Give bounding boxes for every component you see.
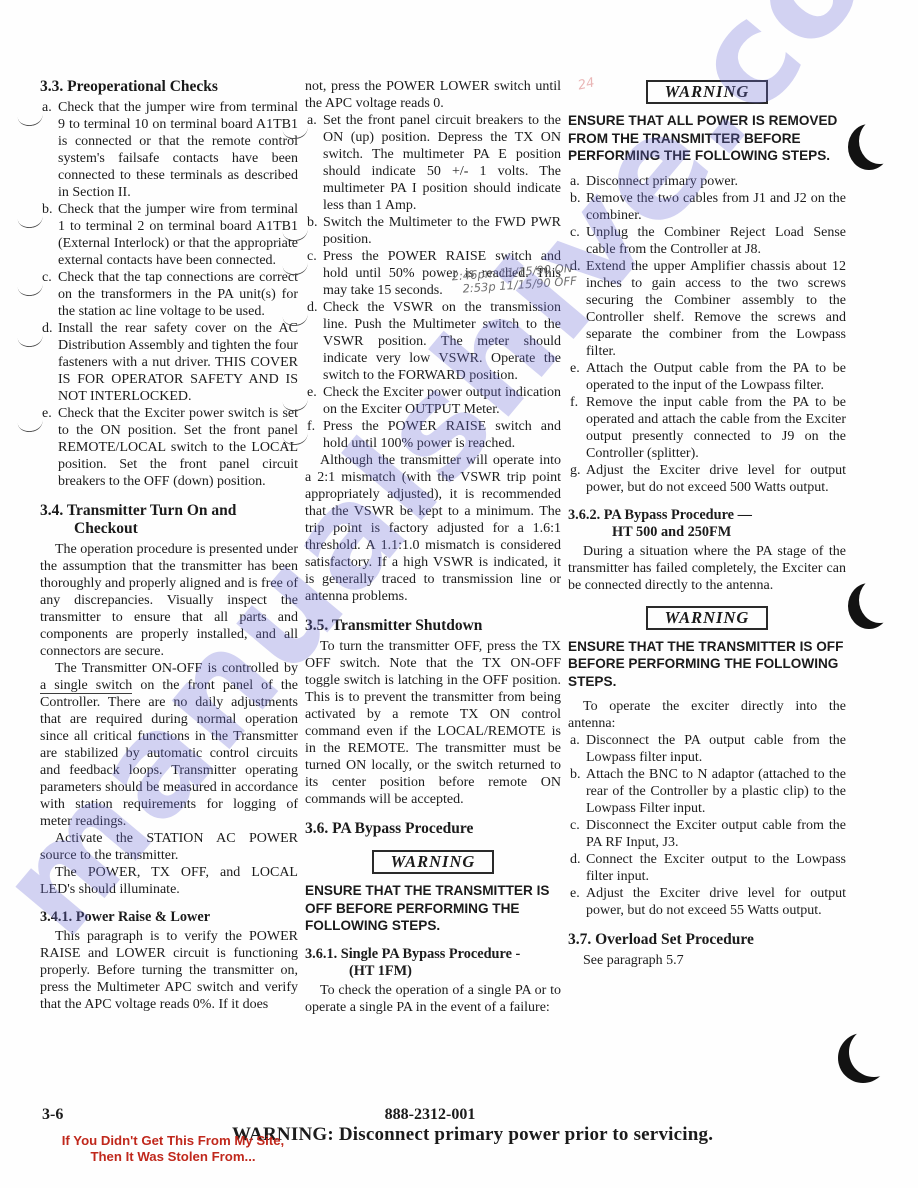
- list-item-text: Disconnect primary power.: [586, 174, 738, 189]
- column-1: 3.3. Preoperational Checks a. Check that…: [40, 78, 298, 1016]
- list-item: c. Unplug the Combiner Reject Load Sense…: [568, 224, 846, 258]
- paragraph: During a situation where the PA stage of…: [568, 543, 846, 594]
- section-heading-3-7: 3.7. Overload Set Procedure: [568, 931, 846, 949]
- list-item-label: e.: [42, 405, 52, 422]
- list-item-label: c.: [42, 269, 52, 286]
- list-item-text: Check that the jumper wire from terminal…: [58, 202, 298, 268]
- page-number: 3-6: [42, 1106, 63, 1123]
- list-item-label: b.: [570, 190, 581, 207]
- list-item: g. Adjust the Exciter drive level for ou…: [568, 462, 846, 496]
- heading-line: HT 500 and 250FM: [568, 524, 846, 541]
- scan-artifact-crescent: [848, 124, 890, 170]
- list-item-label: a.: [570, 732, 580, 749]
- heading-line: Checkout: [40, 520, 298, 538]
- list-item-label: b.: [570, 766, 581, 783]
- footer-warning: WARNING: Disconnect primary power prior …: [232, 1126, 713, 1143]
- paragraph-continuation: not, press the POWER LOWER switch until …: [305, 78, 561, 112]
- list-item: e. Check that the Exciter power switch i…: [40, 405, 298, 490]
- paragraph: Although the transmitter will operate in…: [305, 452, 561, 605]
- section-heading-3-6-1: 3.6.1. Single PA Bypass Procedure - (HT …: [305, 946, 561, 980]
- list-item-label: g.: [570, 462, 581, 479]
- paragraph: The Transmitter ON-OFF is controlled by …: [40, 660, 298, 830]
- list-item-text: Check the Exciter power output indicatio…: [323, 385, 561, 417]
- warning-box-wrap: WARNING: [568, 606, 846, 630]
- warning-text: ENSURE THAT THE TRANSMITTER IS OFF BEFOR…: [568, 638, 846, 691]
- warning-box: WARNING: [372, 850, 495, 874]
- list-item: c. Check that the tap connections are co…: [40, 269, 298, 320]
- heading-line: 3.6.2. PA Bypass Procedure —: [568, 507, 752, 523]
- column-3: WARNING ENSURE THAT ALL POWER IS REMOVED…: [568, 78, 846, 1016]
- list-item: a. Set the front panel circuit breakers …: [305, 112, 561, 214]
- paragraph: The POWER, TX OFF, and LOCAL LED's shoul…: [40, 864, 298, 898]
- section-heading-3-4: 3.4. Transmitter Turn On and Checkout: [40, 502, 298, 538]
- list-item-label: c.: [307, 248, 317, 265]
- paragraph: This paragraph is to verify the POWER RA…: [40, 928, 298, 1013]
- list-item-label: a.: [42, 99, 52, 116]
- paragraph-text: The Transmitter ON-OFF is controlled by: [55, 661, 298, 676]
- list-item: a. Check that the jumper wire from termi…: [40, 99, 298, 201]
- list-item: a. Disconnect the PA output cable from t…: [568, 732, 846, 766]
- warning-box-wrap: WARNING: [305, 850, 561, 874]
- list-item-text: Adjust the Exciter drive level for outpu…: [586, 463, 846, 495]
- list-item-text: Set the front panel circuit breakers to …: [323, 113, 561, 213]
- list-item-text: Check that the Exciter power switch is s…: [58, 406, 298, 489]
- list-item-label: d.: [42, 320, 53, 337]
- scan-artifact-crescent: [848, 583, 890, 629]
- list-item-text: Remove the two cables from J1 and J2 on …: [586, 191, 846, 223]
- list-item-text: Connect the Exciter output to the Lowpas…: [586, 852, 846, 884]
- stolen-line: If You Didn't Get This From My Site,: [62, 1133, 284, 1148]
- list-item-text: Check that the tap connections are corre…: [58, 270, 298, 319]
- list-item-text: Disconnect the Exciter output cable from…: [586, 818, 846, 850]
- list-item-text: Check the VSWR on the transmission line.…: [323, 300, 561, 383]
- list-item-label: a.: [570, 173, 580, 190]
- section-heading-3-6-2: 3.6.2. PA Bypass Procedure — HT 500 and …: [568, 507, 846, 541]
- heading-line: (HT 1FM): [305, 963, 561, 980]
- paragraph: To operate the exciter directly into the…: [568, 698, 846, 732]
- list-item-label: c.: [570, 817, 580, 834]
- section-heading-3-3: 3.3. Preoperational Checks: [40, 78, 298, 96]
- paragraph: Activate the STATION AC POWER source to …: [40, 830, 298, 864]
- column-2: not, press the POWER LOWER switch until …: [305, 78, 561, 1016]
- section-heading-3-4-1: 3.4.1. Power Raise & Lower: [40, 909, 298, 926]
- list-item: d. Extend the upper Amplifier chassis ab…: [568, 258, 846, 360]
- warning-text: ENSURE THAT THE TRANSMITTER IS OFF BEFOR…: [305, 882, 561, 935]
- list-item-text: Check that the jumper wire from terminal…: [58, 100, 298, 200]
- warning-box-wrap: WARNING: [568, 80, 846, 104]
- list-item-text: Attach the Output cable from the PA to b…: [586, 361, 846, 393]
- section-heading-3-5: 3.5. Transmitter Shutdown: [305, 617, 561, 635]
- list-item-text: Install the rear safety cover on the AC …: [58, 321, 298, 404]
- list-item-label: e.: [570, 885, 580, 902]
- list-item-label: b.: [42, 201, 53, 218]
- list-item: b. Switch the Multimeter to the FWD PWR …: [305, 214, 561, 248]
- list-item: c. Disconnect the Exciter output cable f…: [568, 817, 846, 851]
- paragraph-text: on the front panel of the Controller. Th…: [40, 678, 298, 829]
- list-item-text: Adjust the Exciter drive level for outpu…: [586, 886, 846, 918]
- document-number: 888-2312-001: [385, 1106, 476, 1123]
- warning-box: WARNING: [646, 80, 769, 104]
- document-page: manualshive.com 3.3. Preoperational Chec…: [0, 0, 918, 1188]
- list-item-label: e.: [307, 384, 317, 401]
- list-item: f. Press the POWER RAISE switch and hold…: [305, 418, 561, 452]
- list-item: e. Adjust the Exciter drive level for ou…: [568, 885, 846, 919]
- list-item: e. Check the Exciter power output indica…: [305, 384, 561, 418]
- list-item-text: Unplug the Combiner Reject Load Sense ca…: [586, 225, 846, 257]
- stolen-line: Then It Was Stolen From...: [90, 1149, 255, 1164]
- list-item-label: d.: [570, 851, 581, 868]
- heading-line: 3.4. Transmitter Turn On and: [40, 502, 236, 519]
- paragraph: To check the operation of a single PA or…: [305, 982, 561, 1016]
- warning-box: WARNING: [646, 606, 769, 630]
- list-item: f. Remove the input cable from the PA to…: [568, 394, 846, 462]
- list-item-label: c.: [570, 224, 580, 241]
- list-item-label: e.: [570, 360, 580, 377]
- watermark-stolen-notice: If You Didn't Get This From My Site, The…: [48, 1133, 298, 1165]
- paragraph: The operation procedure is presented und…: [40, 541, 298, 660]
- list-item: e. Attach the Output cable from the PA t…: [568, 360, 846, 394]
- list-item-text: Remove the input cable from the PA to be…: [586, 395, 846, 461]
- list-item-text: Press the POWER RAISE switch and hold un…: [323, 419, 561, 451]
- list-item: d. Check the VSWR on the transmission li…: [305, 299, 561, 384]
- list-item-label: f.: [570, 394, 578, 411]
- scan-artifact-crescent: [838, 1033, 888, 1083]
- list-item: b. Check that the jumper wire from termi…: [40, 201, 298, 269]
- list-item: d. Install the rear safety cover on the …: [40, 320, 298, 405]
- paragraph: To turn the transmitter OFF, press the T…: [305, 638, 561, 808]
- list-item-text: Switch the Multimeter to the FWD PWR pos…: [323, 215, 561, 247]
- list-item-text: Extend the upper Amplifier chassis about…: [586, 259, 846, 359]
- warning-text: ENSURE THAT ALL POWER IS REMOVED FROM TH…: [568, 112, 846, 165]
- list-item-label: a.: [307, 112, 317, 129]
- list-item-text: Attach the BNC to N adaptor (attached to…: [586, 767, 846, 816]
- pencil-mark: 24: [576, 74, 596, 94]
- list-item: b. Remove the two cables from J1 and J2 …: [568, 190, 846, 224]
- section-heading-3-6: 3.6. PA Bypass Procedure: [305, 820, 561, 838]
- hand-underlined-text: a single switch: [40, 678, 132, 694]
- list-item: b. Attach the BNC to N adaptor (attached…: [568, 766, 846, 817]
- list-item-label: d.: [307, 299, 318, 316]
- text-columns: 3.3. Preoperational Checks a. Check that…: [40, 78, 846, 1016]
- paragraph: See paragraph 5.7: [568, 952, 846, 969]
- list-item: a. Disconnect primary power.: [568, 173, 846, 190]
- list-item-text: Disconnect the PA output cable from the …: [586, 733, 846, 765]
- list-item: d. Connect the Exciter output to the Low…: [568, 851, 846, 885]
- list-item-label: b.: [307, 214, 318, 231]
- list-item-label: f.: [307, 418, 315, 435]
- heading-line: 3.6.1. Single PA Bypass Procedure -: [305, 946, 520, 962]
